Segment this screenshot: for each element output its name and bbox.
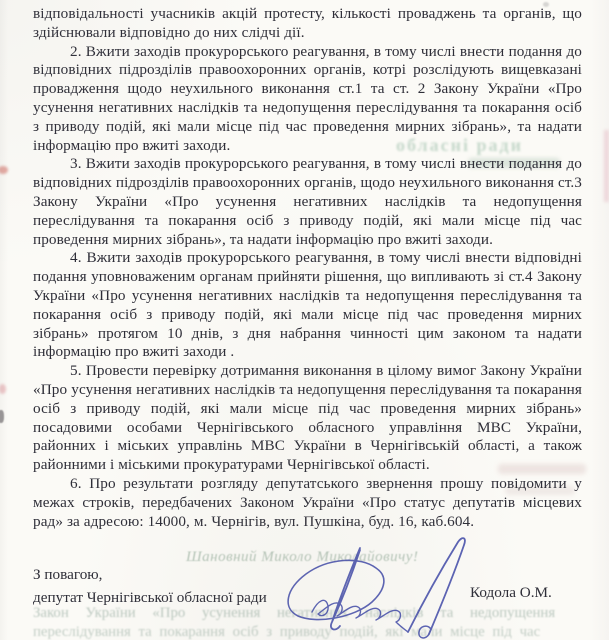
- body-paragraph-6: 6. Про результати розгляду депутатського…: [33, 475, 582, 531]
- body-paragraph-continued: відповідальності учасників акцій протест…: [33, 5, 582, 43]
- scan-artifact: [0, 166, 8, 174]
- handwritten-signature: [272, 534, 484, 640]
- closing-salutation: З повагою,: [33, 566, 102, 584]
- body-paragraph-3: 3. Вжити заходів прокурорського реагуван…: [33, 155, 582, 249]
- signature-flourish: [408, 538, 465, 634]
- body-paragraph-5: 5. Провести перевірку дотримання виконан…: [33, 362, 582, 475]
- scanned-letter-page: обласні ради Шановний Миколо Миколайович…: [0, 0, 609, 640]
- scan-artifact: [0, 384, 6, 394]
- signature-scribble: [312, 600, 408, 632]
- body-paragraph-2: 2. Вжити заходів прокурорського реагуван…: [33, 43, 582, 156]
- scan-artifact: [0, 410, 4, 423]
- letter-body: відповідальності учасників акцій протест…: [33, 5, 582, 531]
- body-paragraph-4: 4. Вжити заходів прокурорського реагуван…: [33, 249, 582, 362]
- scan-artifact: [604, 130, 609, 202]
- signer-title: депутат Чернігівської обласної ради: [33, 589, 267, 607]
